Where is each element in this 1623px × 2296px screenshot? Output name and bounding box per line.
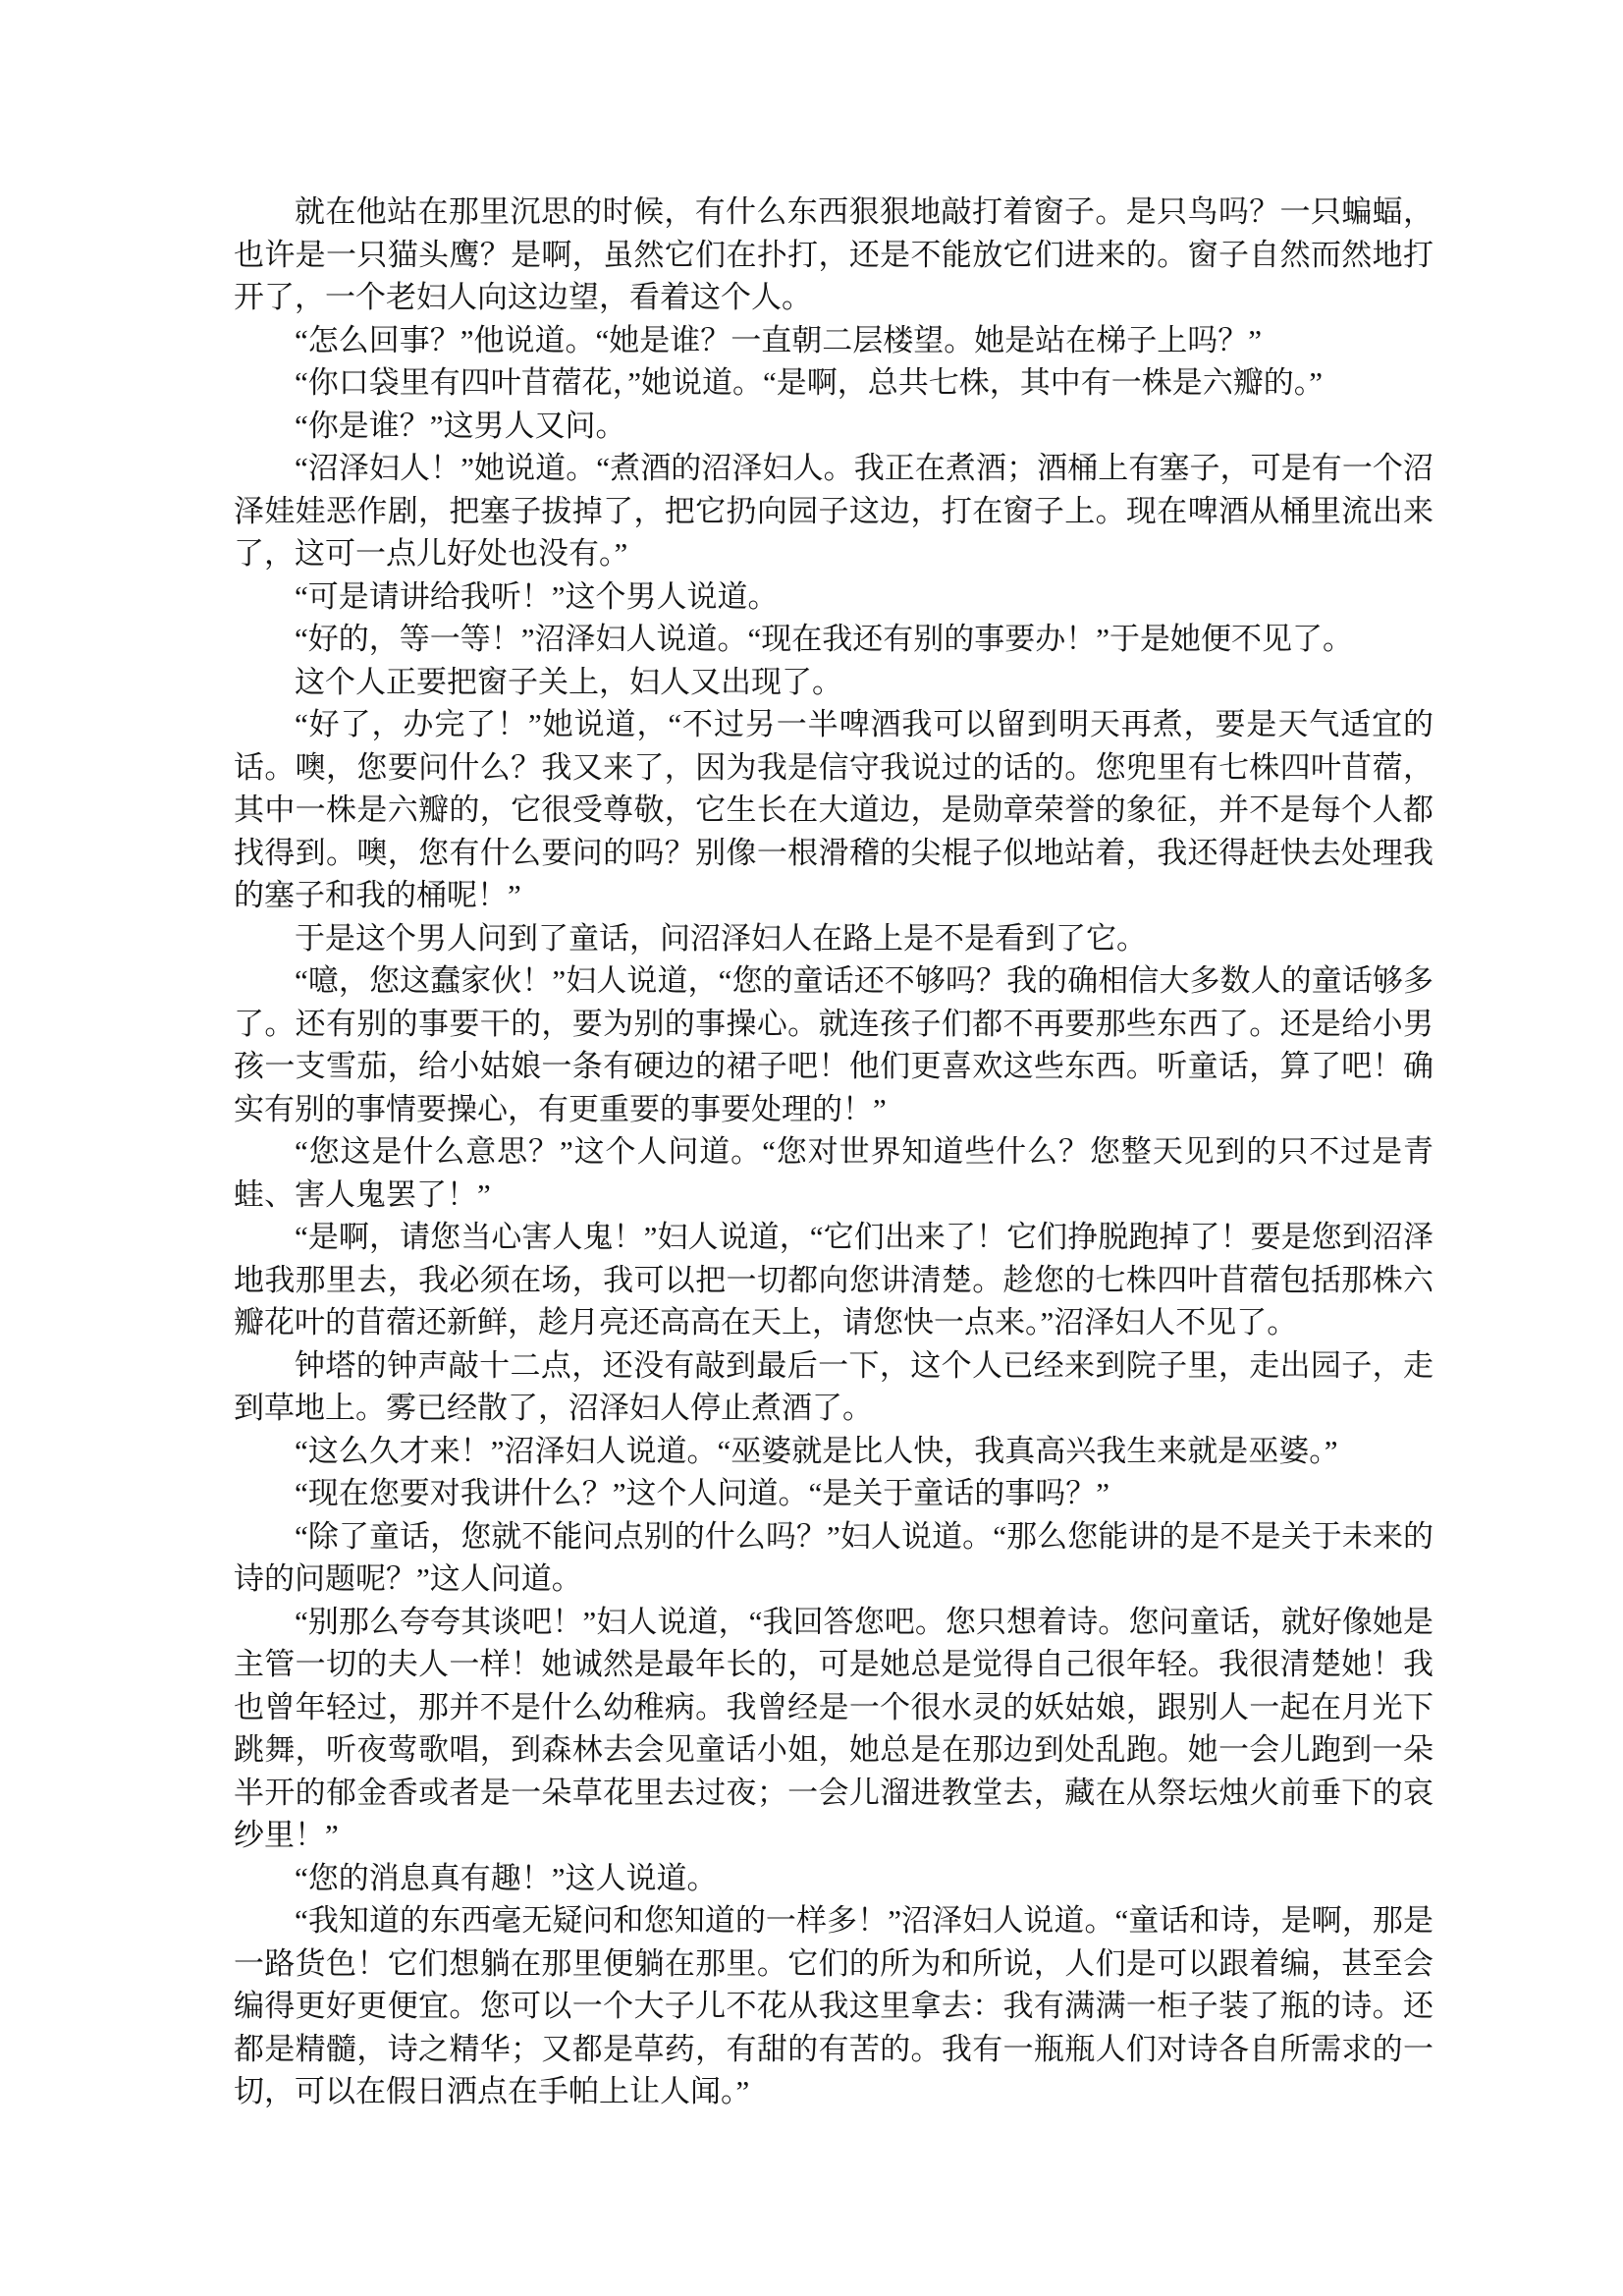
paragraph: “您这是什么意思？”这个人问道。“您对世界知道些什么？您整天见到的只不过是青蛙、… <box>234 1130 1434 1216</box>
paragraph: “这么久才来！”沼泽妇人说道。“巫婆就是比人快，我真高兴我生来就是巫婆。” <box>234 1430 1434 1473</box>
paragraph: 就在他站在那里沉思的时候，有什么东西狠狠地敲打着窗子。是只鸟吗？一只蝙蝠，也许是… <box>234 191 1434 319</box>
paragraph: “我知道的东西毫无疑问和您知道的一样多！”沼泽妇人说道。“童话和诗，是啊，那是一… <box>234 1899 1434 2113</box>
paragraph: “好的，等一等！”沼泽妇人说道。“现在我还有别的事要办！”于是她便不见了。 <box>234 618 1434 661</box>
paragraph: “好了，办完了！”她说道，“不过另一半啤酒我可以留到明天再煮，要是天气适宜的话。… <box>234 703 1434 917</box>
paragraph: “可是请讲给我听！”这个男人说道。 <box>234 575 1434 619</box>
paragraph: “现在您要对我讲什么？”这个人问道。“是关于童话的事吗？” <box>234 1472 1434 1515</box>
paragraph: “除了童话，您就不能问点别的什么吗？”妇人说道。“那么您能讲的是不是关于未来的诗… <box>234 1515 1434 1601</box>
document-page: 就在他站在那里沉思的时候，有什么东西狠狠地敲打着窗子。是只鸟吗？一只蝙蝠，也许是… <box>0 0 1623 2296</box>
paragraph: “是啊，请您当心害人鬼！”妇人说道，“它们出来了！它们挣脱跑掉了！要是您到沼泽地… <box>234 1216 1434 1344</box>
paragraph: 这个人正要把窗子关上，妇人又出现了。 <box>234 661 1434 704</box>
paragraph: “噫，您这蠢家伙！”妇人说道，“您的童话还不够吗？我的确相信大多数人的童话够多了… <box>234 959 1434 1130</box>
paragraph: 于是这个男人问到了童话，问沼泽妇人在路上是不是看到了它。 <box>234 917 1434 960</box>
paragraph: “沼泽妇人！”她说道。“煮酒的沼泽妇人。我正在煮酒；酒桶上有塞子，可是有一个沼泽… <box>234 447 1434 575</box>
paragraph: “你口袋里有四叶苜蓿花，”她说道。“是啊，总共七株，其中有一株是六瓣的。” <box>234 361 1434 405</box>
paragraph: “别那么夸夸其谈吧！”妇人说道，“我回答您吧。您只想着诗。您问童话，就好像她是主… <box>234 1601 1434 1857</box>
paragraph: “怎么回事？”他说道。“她是谁？一直朝二层楼望。她是站在梯子上吗？” <box>234 319 1434 362</box>
story-text: 就在他站在那里沉思的时候，有什么东西狠狠地敲打着窗子。是只鸟吗？一只蝙蝠，也许是… <box>234 191 1434 2113</box>
paragraph: 钟塔的钟声敲十二点，还没有敲到最后一下，这个人已经来到院子里，走出园子，走到草地… <box>234 1344 1434 1430</box>
paragraph: “您的消息真有趣！”这人说道。 <box>234 1857 1434 1900</box>
paragraph: “你是谁？”这男人又问。 <box>234 405 1434 448</box>
